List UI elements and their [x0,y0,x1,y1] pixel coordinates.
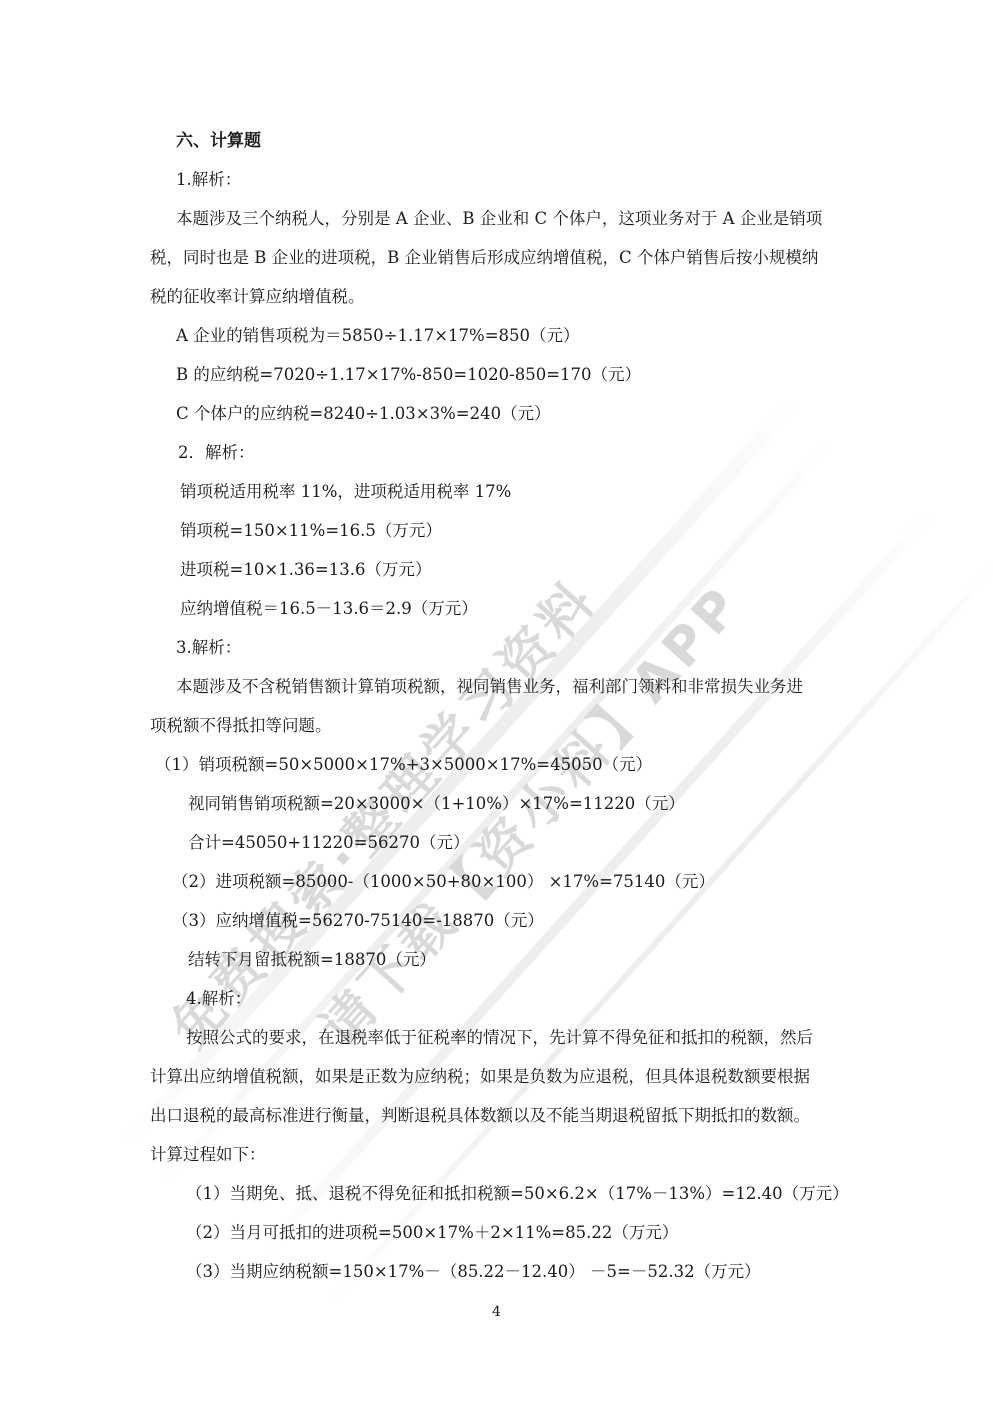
document-content: 六、计算题 1.解析： 本题涉及三个纳税人，分别是 A 企业、B 企业和 C 个… [0,0,993,1404]
q2-label: 2．解析： [178,442,255,464]
q4-calc-line: （1）当期免、抵、退税不得免征和抵扣税额=50×6.2×（17%－13%）=12… [186,1183,849,1205]
q2-calc-line: 进项税=10×1.36=13.6（万元） [180,559,431,581]
q1-label: 1.解析： [176,169,241,191]
q4-intro-line: 出口退税的最高标准进行衡量，判断退税具体数额以及不能当期退税留抵下期抵扣的数额。 [150,1105,810,1127]
q3-calc-line: 结转下月留抵税额=18870（元） [188,949,436,971]
q1-intro-line: 税，同时也是 B 企业的进项税，B 企业销售后形成应纳增值税，C 个体户销售后按… [150,247,818,269]
q4-calc-line: （3）当期应纳税额=150×17%－（85.22－12.40） －5=－52.3… [186,1261,761,1283]
q1-calc-line: A 企业的销售项税为＝5850÷1.17×17%=850（元） [176,325,580,347]
q3-intro-line: 本题涉及不含税销售额计算销项税额，视同销售业务，福利部门领料和非常损失业务进 [176,676,803,698]
q1-calc-line: B 的应纳税=7020÷1.17×17%-850=1020-850=170（元） [176,364,641,386]
q4-label: 4.解析： [186,988,251,1010]
q3-calc-line: （3）应纳增值税=56270-75140=-18870（元） [172,910,544,932]
q3-label: 3.解析： [176,637,241,659]
q4-intro-line: 计算出应纳增值税额，如果是正数为应纳税；如果是负数为应退税，但具体退税数额要根据 [150,1066,810,1088]
q1-intro-line: 税的征收率计算应纳增值税。 [150,286,365,308]
q4-calc-line: （2）当月可抵扣的进项税=500×17%＋2×11%=85.22（万元） [186,1222,678,1244]
q1-intro-line: 本题涉及三个纳税人，分别是 A 企业、B 企业和 C 个体户，这项业务对于 A … [176,208,822,230]
section-title: 六、计算题 [176,130,261,152]
q2-calc-line: 销项税适用税率 11%，进项税适用税率 17% [180,481,511,503]
q4-intro-line: 计算过程如下： [150,1144,266,1166]
q3-calc-line: （2）进项税额=85000-（1000×50+80×100） ×17%=7514… [172,871,715,893]
q2-calc-line: 应纳增值税＝16.5－13.6＝2.9（万元） [180,598,478,620]
q3-calc-line: （1）销项税额=50×5000×17%+3×5000×17%=45050（元） [155,754,652,776]
q1-calc-line: C 个体户的应纳税=8240÷1.03×3%=240（元） [176,403,551,425]
q2-calc-line: 销项税=150×11%=16.5（万元） [180,520,442,542]
q3-calc-line: 视同销售销项税额=20×3000×（1+10%）×17%=11220（元） [188,793,685,815]
q4-intro-line: 按照公式的要求，在退税率低于征税率的情况下，先计算不得免征和抵扣的税额，然后 [186,1027,813,1049]
q3-calc-line: 合计=45050+11220=56270（元） [188,832,469,854]
q3-intro-line: 项税额不得抵扣等问题。 [150,715,332,737]
page-number: 4 [492,1304,501,1320]
document-page: 免费搜索·整理学习资料 请下载【资小料】APP 六、计算题 1.解析： 本题涉及… [0,0,993,1404]
